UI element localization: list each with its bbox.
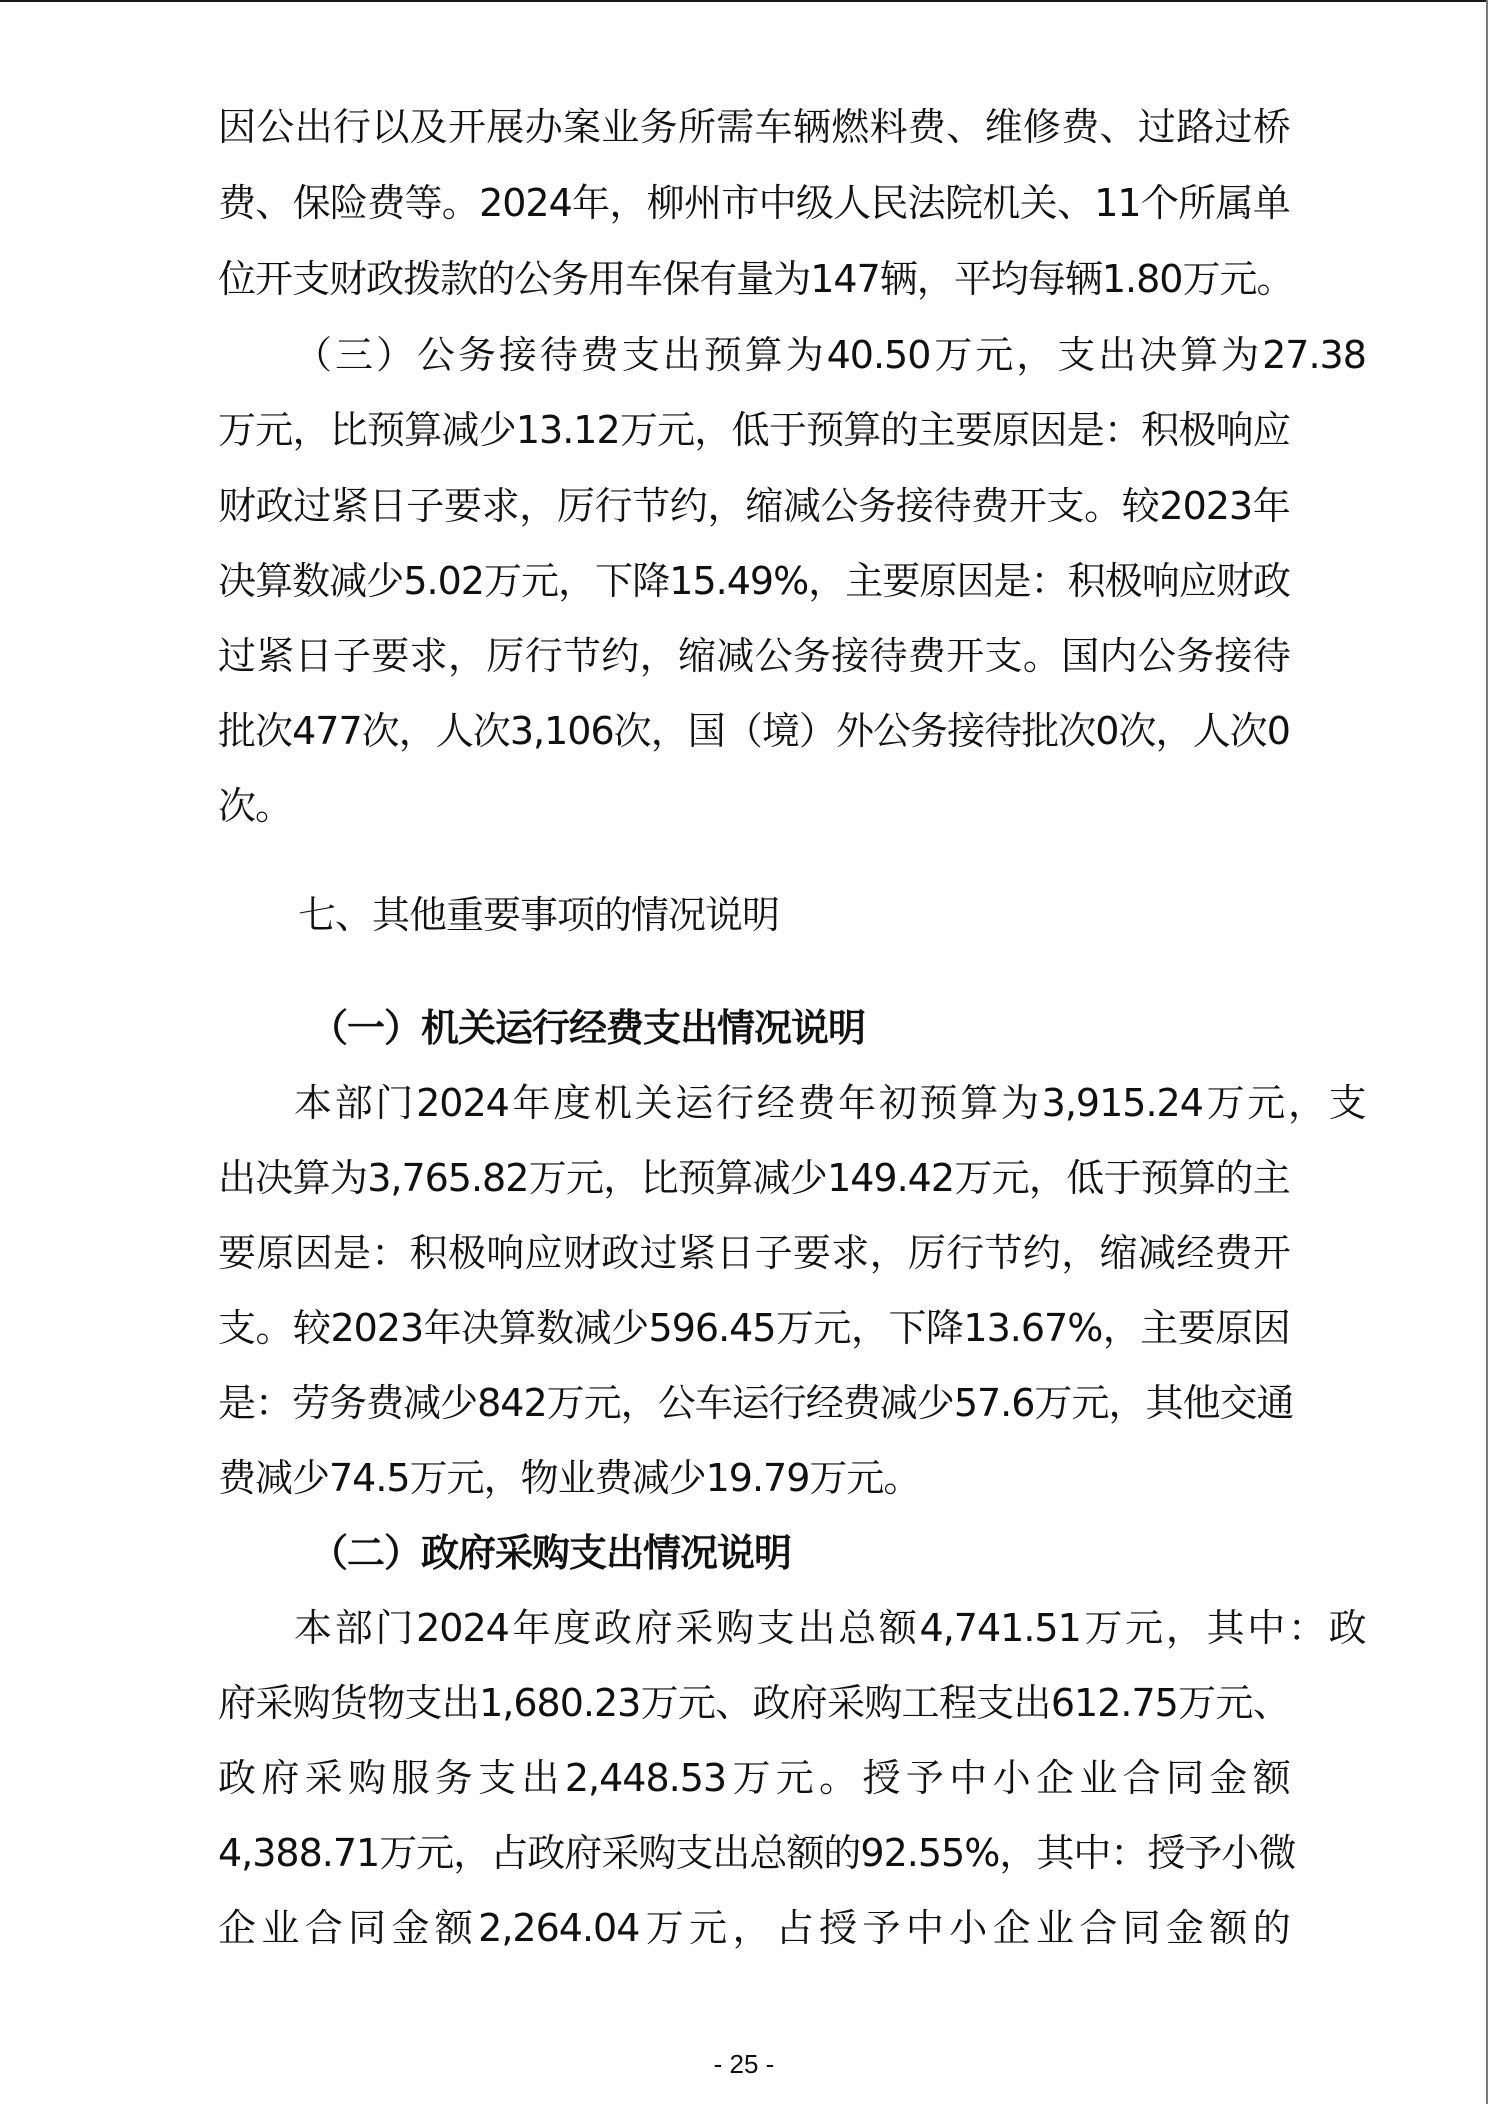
body-line: 决算数减少5.02万元，下降15.49%，主要原因是：积极响应财政 — [218, 556, 1290, 606]
body-line: 批次477次，人次3,106次，国（境）外公务接待批次0次，人次0 — [218, 706, 1290, 756]
body-line: （三）公务接待费支出预算为40.50万元，支出决算为27.38 — [218, 330, 1366, 380]
subsection-heading: （二）政府采购支出情况说明 — [310, 1528, 1382, 1578]
body-line: 府采购货物支出1,680.23万元、政府采购工程支出612.75万元、 — [218, 1678, 1290, 1728]
body-line: 企业合同金额2,264.04万元，占授予中小企业合同金额的 — [218, 1903, 1290, 1953]
page-number: - 25 - — [0, 2048, 1488, 2080]
body-line: 本部门2024年度机关运行经费年初预算为3,915.24万元，支 — [218, 1078, 1366, 1128]
body-line: 4,388.71万元，占政府采购支出总额的92.55%，其中：授予小微 — [218, 1828, 1290, 1878]
body-line: 要原因是：积极响应财政过紧日子要求，厉行节约，缩减经费开 — [218, 1228, 1290, 1278]
body-line: 本部门2024年度政府采购支出总额4,741.51万元，其中：政 — [218, 1603, 1366, 1653]
body-line: 位开支财政拨款的公务用车保有量为147辆，平均每辆1.80万元。 — [218, 254, 1290, 304]
body-line: 出决算为3,765.82万元，比预算减少149.42万元，低于预算的主 — [218, 1153, 1290, 1203]
body-line: 费减少74.5万元，物业费减少19.79万元。 — [218, 1453, 1290, 1503]
body-line: 政府采购服务支出2,448.53万元。授予中小企业合同金额 — [218, 1753, 1290, 1803]
body-line: 是：劳务费减少842万元，公车运行经费减少57.6万元，其他交通 — [218, 1378, 1290, 1428]
body-line: 过紧日子要求，厉行节约，缩减公务接待费开支。国内公务接待 — [218, 631, 1290, 681]
body-line: 财政过紧日子要求，厉行节约，缩减公务接待费开支。较2023年 — [218, 481, 1290, 531]
page-top-border — [0, 0, 1488, 2]
subsection-heading: （一）机关运行经费支出情况说明 — [310, 1003, 1382, 1053]
body-line: 支。较2023年决算数减少596.45万元，下降13.67%，主要原因 — [218, 1303, 1290, 1353]
section-heading: 七、其他重要事项的情况说明 — [298, 890, 1370, 940]
body-line: 费、保险费等。2024年，柳州市中级人民法院机关、11个所属单 — [218, 178, 1290, 228]
body-line: 万元，比预算减少13.12万元，低于预算的主要原因是：积极响应 — [218, 405, 1290, 455]
body-line: 次。 — [218, 781, 1290, 831]
body-line: 因公出行以及开展办案业务所需车辆燃料费、维修费、过路过桥 — [218, 102, 1290, 152]
